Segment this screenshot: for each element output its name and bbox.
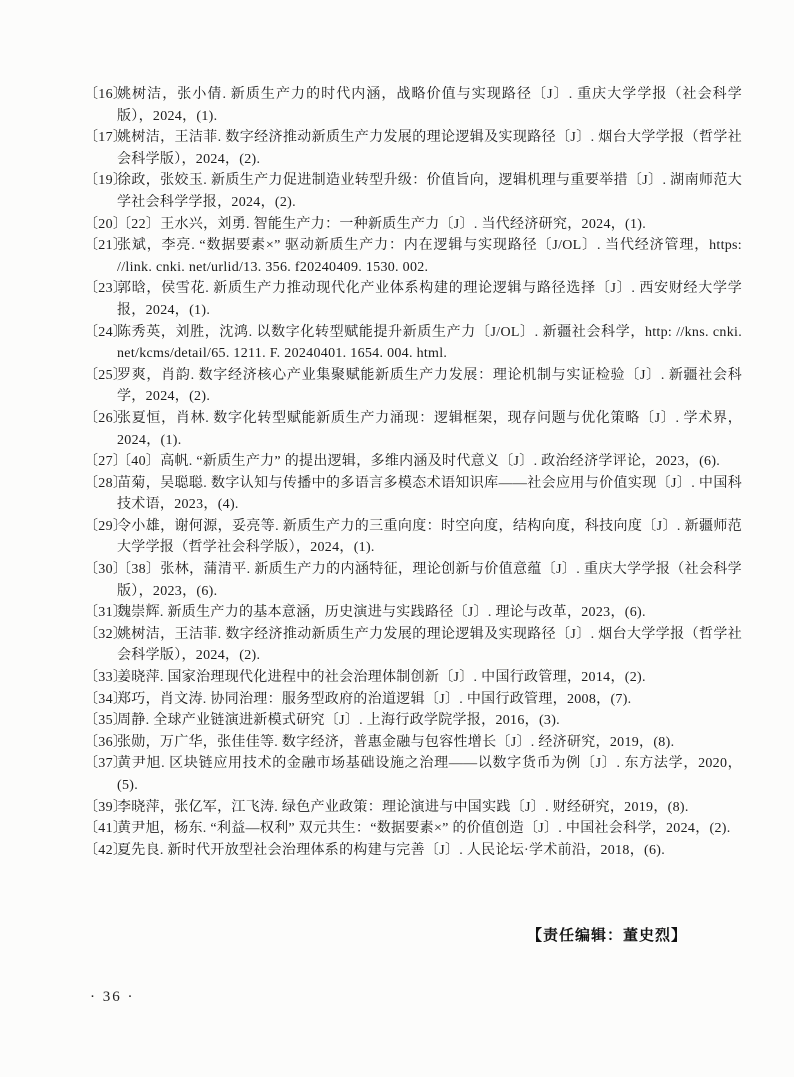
references-list: 〔16〕姚树洁，张小倩. 新质生产力的时代内涵，战略价值与实现路径〔J〕. 重庆… — [84, 84, 742, 861]
reference-text: 罗爽，肖韵. 数字经济核心产业集聚赋能新质生产力发展：理论机制与实证检验〔J〕.… — [117, 368, 742, 405]
reference-text: 魏崇辉. 新质生产力的基本意涵，历史演进与实践路径〔J〕. 理论与改革，2023… — [117, 605, 646, 620]
reference-number: 〔23〕 — [84, 278, 127, 300]
reference-item: 〔39〕李晓萍，张亿军，江飞涛. 绿色产业政策：理论演进与中国实践〔J〕. 财经… — [84, 797, 742, 819]
reference-number: 〔26〕 — [84, 408, 127, 430]
reference-text: 徐政，张姣玉. 新质生产力促进制造业转型升级：价值旨向，逻辑机理与重要举措〔J〕… — [117, 173, 742, 210]
reference-item: 〔17〕姚树洁，王洁菲. 数字经济推动新质生产力发展的理论逻辑及实现路径〔J〕.… — [84, 127, 742, 170]
reference-item: 〔42〕夏先良. 新时代开放型社会治理体系的构建与完善〔J〕. 人民论坛·学术前… — [84, 840, 742, 862]
reference-number: 〔35〕 — [84, 710, 127, 732]
reference-number: 〔39〕 — [84, 797, 127, 819]
reference-number: 〔34〕 — [84, 689, 127, 711]
reference-item: 〔16〕姚树洁，张小倩. 新质生产力的时代内涵，战略价值与实现路径〔J〕. 重庆… — [84, 84, 742, 127]
reference-item: 〔28〕苗菊，吴聪聪. 数字认知与传播中的多语言多模态术语知识库——社会应用与价… — [84, 473, 742, 516]
reference-item: 〔20〕〔22〕王水兴，刘勇. 智能生产力：一种新质生产力〔J〕. 当代经济研究… — [84, 214, 742, 236]
reference-number: 〔21〕 — [84, 235, 127, 257]
reference-number: 〔20〕 — [84, 214, 127, 236]
reference-item: 〔29〕令小雄，谢何源，妥亮等. 新质生产力的三重向度：时空向度，结构向度，科技… — [84, 516, 742, 559]
journal-references-page: 〔16〕姚树洁，张小倩. 新质生产力的时代内涵，战略价值与实现路径〔J〕. 重庆… — [0, 0, 794, 1077]
reference-number: 〔41〕 — [84, 818, 127, 840]
reference-text: 郭晗，侯雪花. 新质生产力推动现代化产业体系构建的理论逻辑与路径选择〔J〕. 西… — [117, 281, 742, 318]
reference-item: 〔34〕郑巧，肖文涛. 协同治理：服务型政府的治道逻辑〔J〕. 中国行政管理，2… — [84, 689, 742, 711]
reference-item: 〔27〕〔40〕高帆. “新质生产力” 的提出逻辑，多维内涵及时代意义〔J〕. … — [84, 451, 742, 473]
reference-number: 〔17〕 — [84, 127, 127, 149]
reference-number: 〔30〕 — [84, 559, 127, 581]
reference-number: 〔25〕 — [84, 365, 127, 387]
reference-number: 〔42〕 — [84, 840, 127, 862]
reference-text: 苗菊，吴聪聪. 数字认知与传播中的多语言多模态术语知识库——社会应用与价值实现〔… — [117, 476, 742, 513]
reference-item: 〔32〕姚树洁，王洁菲. 数字经济推动新质生产力发展的理论逻辑及实现路径〔J〕.… — [84, 624, 742, 667]
reference-text: 周静. 全球产业链演进新模式研究〔J〕. 上海行政学院学报，2016，(3). — [117, 713, 560, 728]
reference-item: 〔25〕罗爽，肖韵. 数字经济核心产业集聚赋能新质生产力发展：理论机制与实证检验… — [84, 365, 742, 408]
reference-text: 张斌，李亮. “数据要素×” 驱动新质生产力：内在逻辑与实现路径〔J/OL〕. … — [117, 238, 742, 275]
reference-text: 〔22〕王水兴，刘勇. 智能生产力：一种新质生产力〔J〕. 当代经济研究，202… — [117, 217, 646, 232]
reference-number: 〔24〕 — [84, 322, 127, 344]
reference-item: 〔19〕徐政，张姣玉. 新质生产力促进制造业转型升级：价值旨向，逻辑机理与重要举… — [84, 170, 742, 213]
reference-number: 〔31〕 — [84, 602, 127, 624]
reference-number: 〔19〕 — [84, 170, 127, 192]
reference-item: 〔30〕〔38〕张林，蒲清平. 新质生产力的内涵特征，理论创新与价值意蕴〔J〕.… — [84, 559, 742, 602]
reference-text: 张勋，万广华，张佳佳等. 数字经济，普惠金融与包容性增长〔J〕. 经济研究，20… — [117, 735, 674, 750]
reference-text: 李晓萍，张亿军，江飞涛. 绿色产业政策：理论演进与中国实践〔J〕. 财经研究，2… — [117, 800, 689, 815]
reference-text: 〔38〕张林，蒲清平. 新质生产力的内涵特征，理论创新与价值意蕴〔J〕. 重庆大… — [117, 562, 742, 599]
reference-text: 夏先良. 新时代开放型社会治理体系的构建与完善〔J〕. 人民论坛·学术前沿，20… — [117, 843, 665, 858]
reference-text: 姚树洁，王洁菲. 数字经济推动新质生产力发展的理论逻辑及实现路径〔J〕. 烟台大… — [117, 627, 742, 664]
reference-text: 姜晓萍. 国家治理现代化进程中的社会治理体制创新〔J〕. 中国行政管理，2014… — [117, 670, 646, 685]
reference-number: 〔28〕 — [84, 473, 127, 495]
reference-item: 〔37〕黄尹旭. 区块链应用技术的金融市场基础设施之治理——以数字货币为例〔J〕… — [84, 753, 742, 796]
reference-text: 陈秀英，刘胜，沈鸿. 以数字化转型赋能提升新质生产力〔J/OL〕. 新疆社会科学… — [117, 325, 742, 362]
reference-text: 〔40〕高帆. “新质生产力” 的提出逻辑，多维内涵及时代意义〔J〕. 政治经济… — [117, 454, 720, 469]
reference-item: 〔21〕张斌，李亮. “数据要素×” 驱动新质生产力：内在逻辑与实现路径〔J/O… — [84, 235, 742, 278]
reference-number: 〔27〕 — [84, 451, 127, 473]
reference-item: 〔24〕陈秀英，刘胜，沈鸿. 以数字化转型赋能提升新质生产力〔J/OL〕. 新疆… — [84, 322, 742, 365]
reference-number: 〔16〕 — [84, 84, 127, 106]
reference-number: 〔36〕 — [84, 732, 127, 754]
reference-number: 〔29〕 — [84, 516, 127, 538]
reference-text: 张夏恒，肖林. 数字化转型赋能新质生产力涌现：逻辑框架，现存问题与优化策略〔J〕… — [117, 411, 742, 448]
reference-item: 〔33〕姜晓萍. 国家治理现代化进程中的社会治理体制创新〔J〕. 中国行政管理，… — [84, 667, 742, 689]
reference-item: 〔41〕黄尹旭，杨东. “利益—权利” 双元共生：“数据要素×” 的价值创造〔J… — [84, 818, 742, 840]
reference-text: 姚树洁，张小倩. 新质生产力的时代内涵，战略价值与实现路径〔J〕. 重庆大学学报… — [117, 87, 742, 124]
reference-text: 黄尹旭，杨东. “利益—权利” 双元共生：“数据要素×” 的价值创造〔J〕. 中… — [117, 821, 731, 836]
responsible-editor-note: 【责任编辑：董史烈】 — [527, 924, 687, 945]
reference-item: 〔36〕张勋，万广华，张佳佳等. 数字经济，普惠金融与包容性增长〔J〕. 经济研… — [84, 732, 742, 754]
reference-item: 〔35〕周静. 全球产业链演进新模式研究〔J〕. 上海行政学院学报，2016，(… — [84, 710, 742, 732]
reference-text: 郑巧，肖文涛. 协同治理：服务型政府的治道逻辑〔J〕. 中国行政管理，2008，… — [117, 692, 631, 707]
reference-text: 令小雄，谢何源，妥亮等. 新质生产力的三重向度：时空向度，结构向度，科技向度〔J… — [117, 519, 742, 556]
reference-number: 〔33〕 — [84, 667, 127, 689]
reference-text: 姚树洁，王洁菲. 数字经济推动新质生产力发展的理论逻辑及实现路径〔J〕. 烟台大… — [117, 130, 742, 167]
reference-number: 〔32〕 — [84, 624, 127, 646]
reference-item: 〔26〕张夏恒，肖林. 数字化转型赋能新质生产力涌现：逻辑框架，现存问题与优化策… — [84, 408, 742, 451]
reference-number: 〔37〕 — [84, 753, 127, 775]
reference-text: 黄尹旭. 区块链应用技术的金融市场基础设施之治理——以数字货币为例〔J〕. 东方… — [117, 756, 742, 793]
reference-item: 〔31〕魏崇辉. 新质生产力的基本意涵，历史演进与实践路径〔J〕. 理论与改革，… — [84, 602, 742, 624]
page-number: · 36 · — [90, 989, 135, 1006]
reference-item: 〔23〕郭晗，侯雪花. 新质生产力推动现代化产业体系构建的理论逻辑与路径选择〔J… — [84, 278, 742, 321]
